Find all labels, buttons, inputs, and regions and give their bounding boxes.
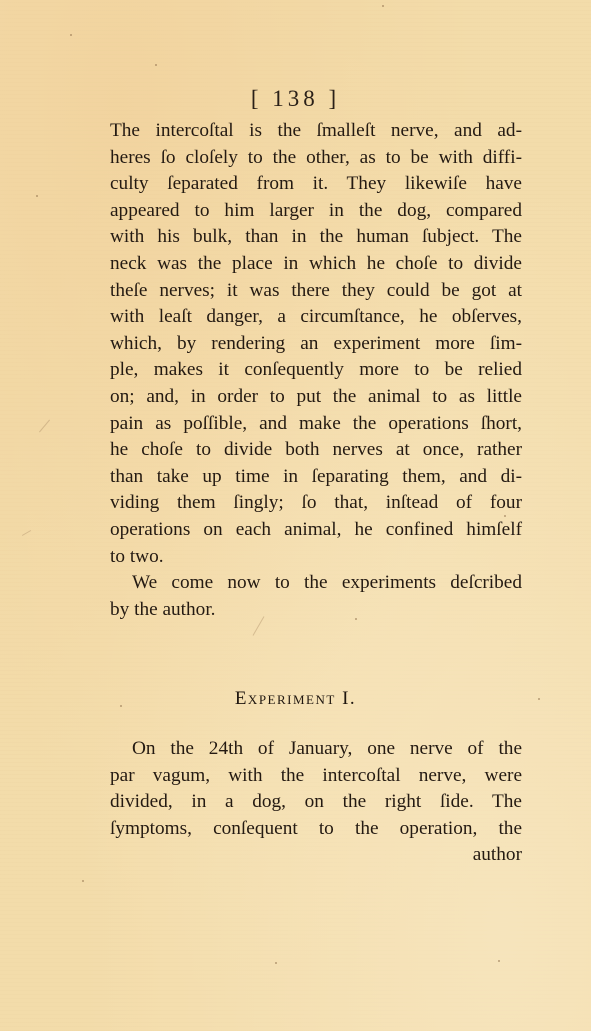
paper-speck xyxy=(275,962,277,964)
paper-speck xyxy=(82,880,84,882)
text-line: which, by rendering an experiment more ſ… xyxy=(110,331,522,358)
text-line: We come now to the experiments deſcribed xyxy=(110,570,522,597)
text-line: with his bulk, than in the human ſubject… xyxy=(110,224,522,251)
text-line: viding them ſingly; ſo that, inſtead of … xyxy=(110,490,522,517)
page-number: [ 138 ] xyxy=(0,86,591,112)
text-line: by the author. xyxy=(110,597,522,624)
paper-mark xyxy=(22,530,31,536)
paper-mark xyxy=(39,420,50,433)
text-line: theſe nerves; it was there they could be… xyxy=(110,278,522,305)
text-line: operations on each animal, he confined h… xyxy=(110,517,522,544)
text-line: par vagum, with the intercoſtal nerve, w… xyxy=(110,763,522,790)
text-line: to two. xyxy=(110,544,522,571)
text-line: appeared to him larger in the dog, compa… xyxy=(110,198,522,225)
text-line: neck was the place in which he choſe to … xyxy=(110,251,522,278)
book-page: [ 138 ] The intercoſtal is the ſmalleſt … xyxy=(0,0,591,1031)
paper-speck xyxy=(36,195,38,197)
text-line: culty ſeparated from it. They likewiſe h… xyxy=(110,171,522,198)
text-line: heres ſo cloſely to the other, as to be … xyxy=(110,145,522,172)
text-line: on; and, in order to put the animal to a… xyxy=(110,384,522,411)
paper-speck xyxy=(498,960,500,962)
text-line: than take up time in ſeparating them, an… xyxy=(110,464,522,491)
section-heading: Experiment I. xyxy=(0,688,591,710)
text-line: he choſe to divide both nerves at once, … xyxy=(110,437,522,464)
paper-speck xyxy=(70,34,72,36)
text-line: ple, makes it conſequently more to be re… xyxy=(110,357,522,384)
paragraph: The intercoſtal is the ſmalleſt nerve, a… xyxy=(110,118,522,570)
text-line: divided, in a dog, on the right ſide. Th… xyxy=(110,789,522,816)
text-line: The intercoſtal is the ſmalleſt nerve, a… xyxy=(110,118,522,145)
text-line: with leaſt danger, a circumſtance, he ob… xyxy=(110,304,522,331)
catchword: author xyxy=(110,842,522,869)
body-text-upper: The intercoſtal is the ſmalleſt nerve, a… xyxy=(110,118,522,623)
paragraph: We come now to the experiments deſcribed… xyxy=(110,570,522,623)
text-line: On the 24th of January, one nerve of the xyxy=(110,736,522,763)
paper-speck xyxy=(155,64,157,66)
paragraph: On the 24th of January, one nerve of the… xyxy=(110,736,522,842)
text-line: ſymptoms, conſequent to the operation, t… xyxy=(110,816,522,843)
body-text-lower: On the 24th of January, one nerve of the… xyxy=(110,736,522,869)
text-line: pain as poſſible, and make the operation… xyxy=(110,411,522,438)
paper-speck xyxy=(382,5,384,7)
